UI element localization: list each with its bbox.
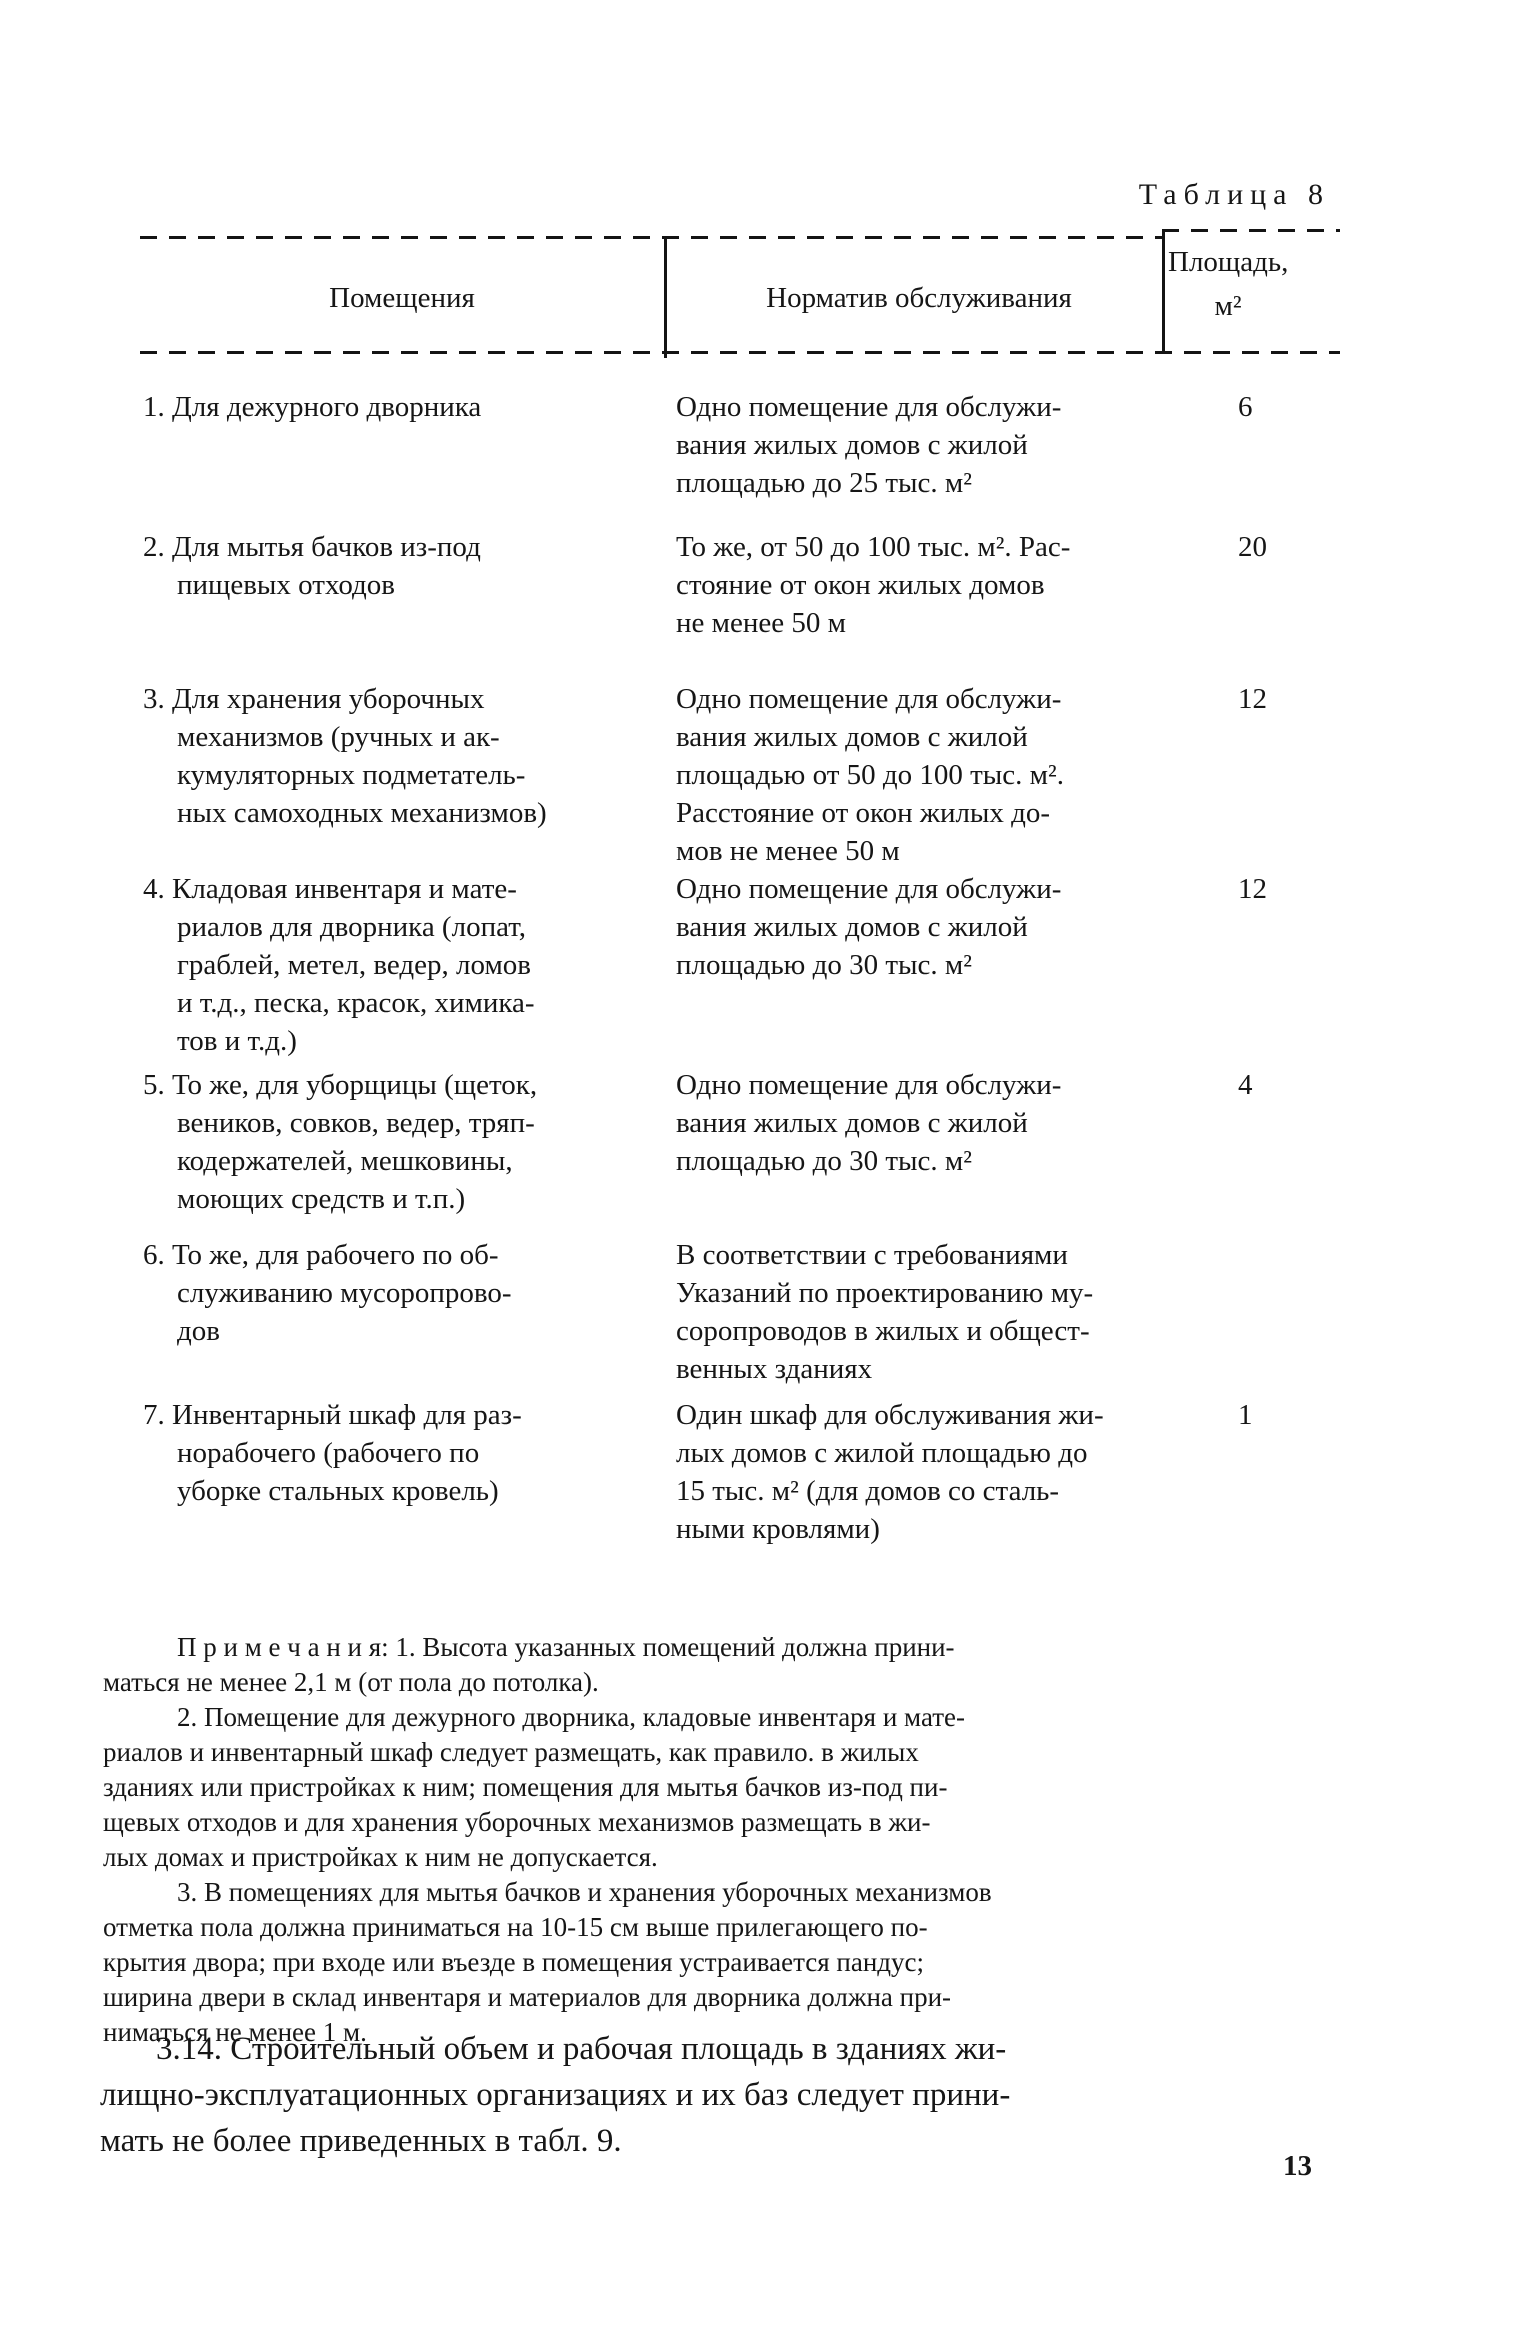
cell-premises: 4. Кладовая инвентаря и мате- риалов для… [143, 870, 705, 1060]
cell-area: 4 [1238, 1066, 1328, 1104]
cell-norm: Одно помещение для обслужи- вания жилых … [676, 1066, 1176, 1180]
header-top-rule-left [140, 236, 1164, 239]
cell-norm: Одно помещение для обслужи- вания жилых … [676, 680, 1176, 870]
cell-premises: 1. Для дежурного дворника [143, 388, 705, 426]
header-area-line2: м² [1168, 290, 1288, 323]
document-page: Таблица 8 Помещения Норматив обслуживани… [0, 0, 1534, 2328]
header-bottom-rule [140, 351, 1340, 354]
clause-314: 3.14. Строительный объем и рабочая площа… [100, 2026, 1434, 2164]
cell-norm: В соответствии с требованиями Указаний п… [676, 1236, 1176, 1388]
header-area-line1: Площадь, [1168, 246, 1338, 279]
cell-area: 20 [1238, 528, 1328, 566]
cell-norm: Один шкаф для обслуживания жи- лых домов… [676, 1396, 1176, 1548]
cell-area: 12 [1238, 680, 1328, 718]
cell-premises: 6. То же, для рабочего по об- служиванию… [143, 1236, 705, 1350]
header-premises: Помещения [140, 282, 664, 315]
page-number: 13 [1283, 2150, 1312, 2183]
header-norm: Норматив обслуживания [676, 282, 1162, 315]
cell-norm: Одно помещение для обслужи- вания жилых … [676, 388, 1176, 502]
cell-norm: То же, от 50 до 100 тыс. м². Рас- стояни… [676, 528, 1176, 642]
cell-area: 1 [1238, 1396, 1328, 1434]
cell-premises: 3. Для хранения уборочных механизмов (ру… [143, 680, 705, 832]
note-3: 3. В помещениях для мытья бачков и хране… [103, 1875, 1431, 2050]
column-divider-2 [1162, 229, 1165, 351]
note-1: П р и м е ч а н и я: 1. Высота указанных… [103, 1630, 1431, 1700]
cell-area: 12 [1238, 870, 1328, 908]
note-2: 2. Помещение для дежурного дворника, кла… [103, 1700, 1431, 1875]
notes-block: П р и м е ч а н и я: 1. Высота указанных… [103, 1630, 1431, 2050]
column-divider-1 [664, 238, 667, 358]
cell-premises: 5. То же, для уборщицы (щеток, веников, … [143, 1066, 705, 1218]
cell-premises: 2. Для мытья бачков из-под пищевых отход… [143, 528, 705, 604]
header-top-rule-right [1162, 229, 1340, 232]
cell-norm: Одно помещение для обслужи- вания жилых … [676, 870, 1176, 984]
cell-premises: 7. Инвентарный шкаф для раз- норабочего … [143, 1396, 705, 1510]
cell-area: 6 [1238, 388, 1328, 426]
table-title: Таблица 8 [1080, 178, 1330, 212]
